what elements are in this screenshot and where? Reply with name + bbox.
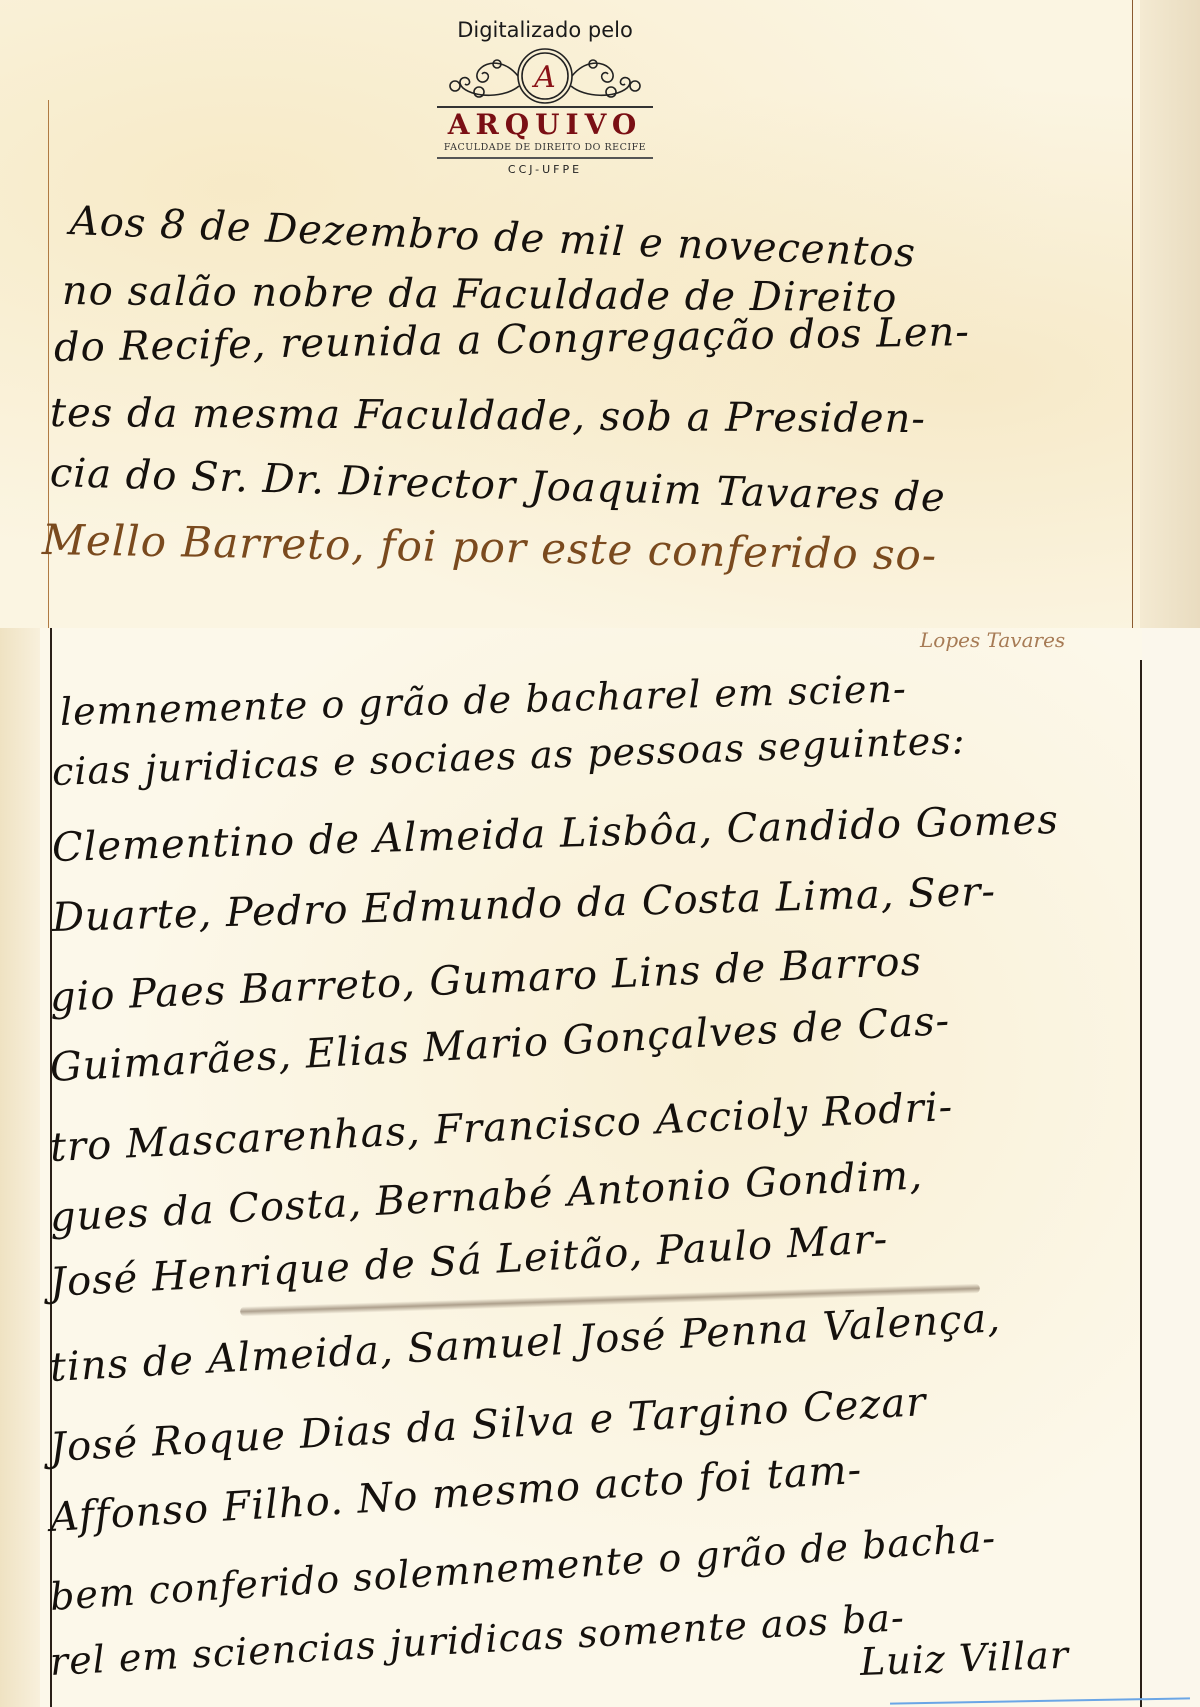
stamp-title: ARQUIVO — [420, 108, 670, 142]
digitization-stamp: Digitalizado pelo A ARQUIVO FACULDADE DE… — [420, 18, 670, 176]
margin-rule-right-top — [1132, 0, 1133, 628]
stamp-organization: CCJ-UFPE — [420, 163, 670, 176]
page-edge-top — [1140, 0, 1200, 628]
svg-text:A: A — [531, 60, 556, 95]
arquivo-emblem-icon: A — [435, 46, 655, 106]
margin-annotation: Lopes Tavares — [920, 628, 1065, 652]
margin-rule-right-bottom — [1140, 660, 1142, 1707]
page-edge-left — [0, 628, 40, 1707]
manuscript-signature: Luiz Villar — [859, 1633, 1069, 1684]
page-edge-right — [1142, 628, 1200, 1707]
stamp-caption: Digitalizado pelo — [420, 18, 670, 42]
stamp-subtitle: FACULDADE DE DIREITO DO RECIFE — [420, 142, 670, 157]
manuscript-line: tes da mesma Faculdade, sob a Presiden- — [50, 390, 926, 442]
stamp-divider-lower — [437, 157, 653, 159]
